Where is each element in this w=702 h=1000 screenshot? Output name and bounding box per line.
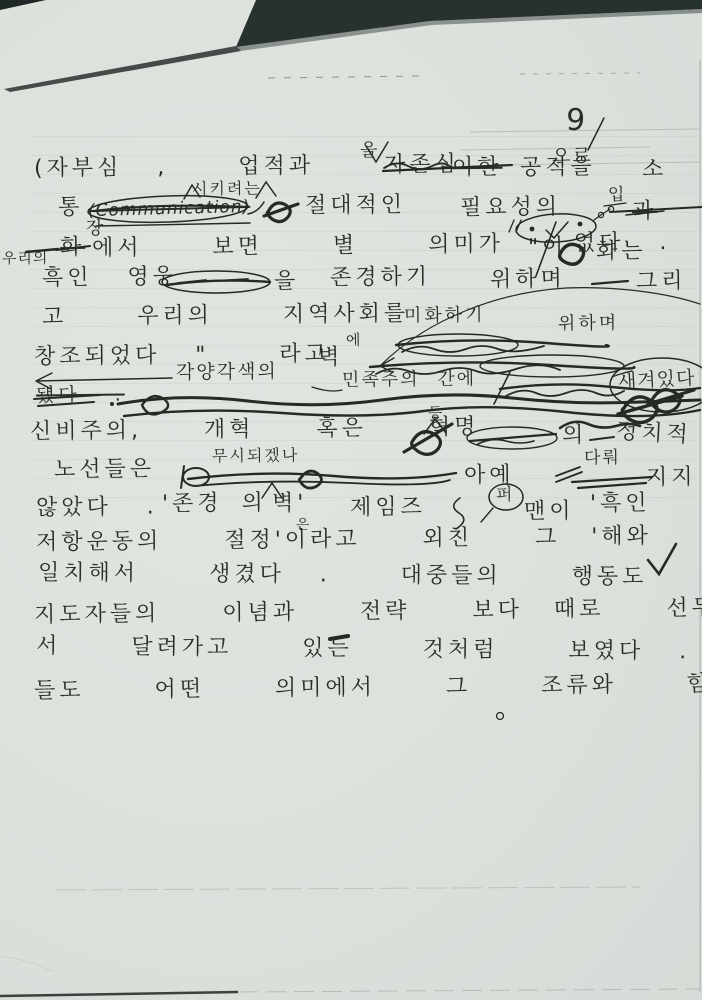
- line4-text-c: 존경하기: [330, 265, 431, 290]
- line4-text-e: 그리: [636, 270, 687, 295]
- line3-struck-char: 화: [60, 236, 86, 260]
- squiggle-mark: [454, 498, 464, 529]
- line6-text-b: 벽: [318, 346, 344, 370]
- line11-circled-insertion: 퍼: [496, 486, 515, 505]
- line1-text: (자부심 , 업적과 자존심: [34, 153, 460, 182]
- line9-text-b: 의: [562, 424, 588, 448]
- page-number: 9: [565, 104, 586, 138]
- line2-text-b: 절대적인: [305, 193, 406, 218]
- line6-insertion: 에: [346, 332, 362, 349]
- line15-text: 서 달려가고 있는 것처럼 보였다 . 화가: [36, 635, 702, 666]
- small-circle-period: [497, 713, 504, 720]
- edge-shadow-soft: [236, 9, 702, 51]
- line1-insertion: 을: [360, 141, 380, 161]
- line4-text-b: 을: [274, 270, 300, 294]
- line7-left-struck: 됐다 .: [36, 385, 125, 407]
- line2-text-c: 필요성의: [460, 195, 561, 220]
- line9-insertion: 등: [428, 405, 444, 422]
- line11-text-b: '존경 의: [162, 491, 267, 516]
- line12-text: 저항운동의 절정'이라고 외친 그 '해와: [36, 525, 652, 556]
- faint-dash-line-2: [520, 73, 640, 74]
- line11-text-f: '흑인: [590, 492, 651, 517]
- line5-text: 고 우리의 지역사회를: [42, 302, 409, 330]
- line3-text-b: "이: [528, 236, 568, 261]
- line14-text: 지도자들의 이념과 전략 보다 때로 선두에: [34, 596, 702, 628]
- bottom-left-curl: [0, 956, 54, 972]
- line2-struck-end: 과: [632, 200, 658, 224]
- scanned-manuscript-page: 9 으로 (자부심 , 업적과 자존심 을 이한 공적을 소 통 (Commun…: [0, 0, 702, 1000]
- line4-text: 흑인 영웅: [42, 265, 178, 291]
- line4-text-d: 위하며: [490, 268, 566, 293]
- line2-text: 통: [58, 196, 84, 220]
- line9-text: 신비주의, 개혁 혹은 혁명: [30, 416, 480, 445]
- paper-fold-line: [4, 46, 241, 92]
- faint-bottom-rule: [56, 887, 640, 890]
- corner-shadow-top-left: [0, 0, 46, 10]
- line7-insertion: 각양각색의: [176, 361, 278, 383]
- line5-insertion-a: 미화하기: [404, 306, 486, 327]
- line11-text-c: 벽': [272, 492, 308, 517]
- bottom-edge-faint: [238, 989, 700, 992]
- line10-text: 노선들은: [54, 457, 155, 482]
- bottom-edge-dark: [0, 992, 238, 996]
- line2-insertion-ip: 입: [608, 186, 627, 205]
- margin-note: 우리의: [2, 250, 49, 267]
- line16-text: 들도 어떤 의미에서 그 조류와 함께: [34, 672, 702, 704]
- line10-text-c: 지지: [646, 466, 697, 491]
- line7-text: 민족주의 간에: [342, 369, 476, 390]
- line2-insertion: 시키려는: [192, 180, 262, 198]
- line3-text-c: 화는: [596, 240, 647, 265]
- edge-shadow-top-right: [236, 0, 702, 47]
- line1-text-c: 소: [642, 158, 668, 182]
- line10-insertion-b: 다뤄: [584, 449, 621, 468]
- line1-struck-word: 이한: [452, 156, 503, 181]
- line10-insertion-a: 무시되겠나: [212, 447, 299, 466]
- line1-text-b: 공적을: [520, 156, 596, 181]
- line13-text: 일치해서 생겼다 . 대중들의 행동도 어떤: [38, 561, 702, 590]
- line11-text-d: 제임즈: [350, 496, 426, 521]
- line11-text: 않았다 .: [36, 495, 158, 520]
- line5-insertion-b: 위하며: [558, 314, 619, 334]
- line9-text-c: 정치적: [615, 420, 692, 448]
- line2-english-struck: (Communication): [88, 198, 251, 221]
- line6-circled-word: 새겨있다: [618, 368, 696, 393]
- faint-dash-line: [268, 76, 420, 78]
- line11-text-e: 맨이: [524, 500, 575, 525]
